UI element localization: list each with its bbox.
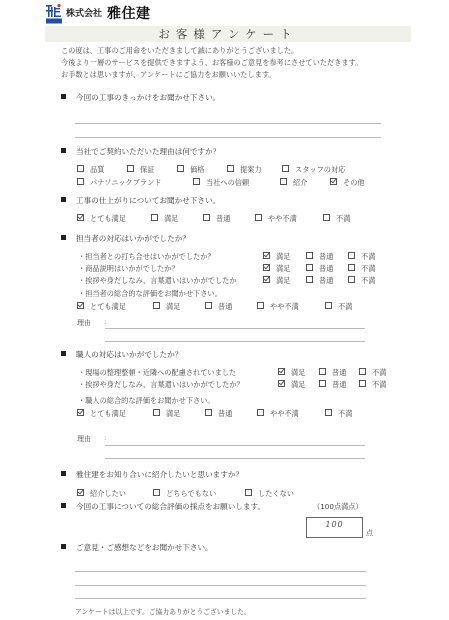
- q6-question: 雅住建をお知り合いに紹介したいと思いますか？: [76, 470, 243, 479]
- q3-option-very-satisfied[interactable]: とても満足: [77, 214, 126, 224]
- checkbox-icon[interactable]: [306, 264, 313, 271]
- q6-option-would-not[interactable]: したくない: [245, 489, 294, 499]
- q5-reason-line-1[interactable]: [105, 445, 365, 446]
- q4-reason-colon: :: [104, 318, 106, 326]
- square-bullet-icon: [61, 94, 66, 99]
- q5-sub-2-options: 満足 普通 不満: [278, 380, 418, 392]
- checkbox-icon[interactable]: [319, 368, 326, 375]
- q4-sub-3-neutral[interactable]: 普通: [306, 276, 333, 286]
- checkbox-checked-icon[interactable]: [278, 380, 285, 387]
- q5-sub-1-dissatisfied[interactable]: 不満: [359, 368, 386, 378]
- q7-heading: 今回の工事についての総合評価の採点をお願いします。: [61, 501, 265, 512]
- checkbox-icon[interactable]: [77, 165, 84, 172]
- page-title: お客様アンケート: [45, 26, 411, 42]
- checkbox-icon[interactable]: [127, 165, 134, 172]
- q4-overall-neutral[interactable]: 普通: [205, 302, 232, 312]
- q2-option-trust[interactable]: 当社への信頼: [193, 178, 249, 188]
- q5-sub-1-text: ・現場の整理整頓・近隣への配慮されていました: [78, 368, 278, 378]
- q8-answer-line-3[interactable]: [75, 598, 366, 599]
- checkbox-checked-icon[interactable]: [278, 368, 285, 375]
- q5-overall-prompt: ・職人の総合的な評価をお聞かせ下さい。: [78, 396, 215, 406]
- q4-sub-2-neutral[interactable]: 普通: [306, 264, 333, 274]
- q1-heading: 今回の工事のきっかけをお聞かせ下さい。: [61, 92, 220, 103]
- q5-sub-2-neutral[interactable]: 普通: [319, 380, 346, 390]
- q7-note: （100点満点）: [313, 502, 363, 512]
- q2-option-panasonic[interactable]: パナソニックブランド: [77, 178, 161, 188]
- score-value[interactable]: 100: [306, 520, 363, 529]
- checkbox-checked-icon[interactable]: [263, 276, 270, 283]
- checkbox-icon[interactable]: [348, 276, 355, 283]
- q5-reason-line-2[interactable]: [105, 458, 365, 459]
- q4-overall-options: とても満足 満足 普通 やや不満 不満: [77, 302, 407, 314]
- q8-answer-line-2[interactable]: [75, 585, 366, 586]
- q1-answer-line-2[interactable]: [75, 137, 381, 138]
- q1-answer-line-1[interactable]: [75, 123, 381, 124]
- q5-overall-very-satisfied[interactable]: とても満足: [77, 409, 126, 419]
- square-bullet-icon: [61, 351, 66, 356]
- q5-heading: 職人の対応はいかがでしたか？: [61, 349, 182, 360]
- q2-option-referral[interactable]: 紹介: [280, 178, 307, 188]
- q5-overall-dissatisfied[interactable]: 不満: [325, 409, 352, 419]
- q2-option-quality[interactable]: 品質: [77, 165, 104, 175]
- q5-overall-satisfied[interactable]: 満足: [153, 409, 180, 419]
- logo-mark-icon: [46, 4, 62, 24]
- q4-heading: 担当者の対応はいかがでしたか？: [61, 233, 190, 244]
- q2-options: 品質 保証 価格 提案力 スタッフの対応 パナソニックブランド 当社への信頼 紹…: [77, 165, 407, 189]
- q8-heading: ご意見・ご感想などをお聞かせ下さい。: [61, 542, 213, 553]
- company-prefix: 株式会社: [66, 6, 102, 19]
- checkbox-icon[interactable]: [280, 178, 287, 185]
- square-bullet-icon: [61, 503, 66, 508]
- q4-sub-1-neutral[interactable]: 普通: [306, 252, 333, 262]
- checkbox-icon[interactable]: [319, 380, 326, 387]
- square-bullet-icon: [61, 148, 66, 153]
- checkbox-checked-icon[interactable]: [77, 489, 84, 496]
- q3-heading: 工事の仕上がりについてお聞かせ下さい。: [61, 195, 220, 206]
- q1-question: 今回の工事のきっかけをお聞かせ下さい。: [76, 93, 220, 102]
- checkbox-icon[interactable]: [193, 178, 200, 185]
- q2-option-warranty[interactable]: 保証: [127, 165, 154, 175]
- checkbox-icon[interactable]: [153, 302, 160, 309]
- q4-sub-3-satisfied[interactable]: 満足: [263, 276, 290, 286]
- q2-option-proposal[interactable]: 提案力: [227, 165, 262, 175]
- q2-option-price[interactable]: 価格: [177, 165, 204, 175]
- checkbox-checked-icon[interactable]: [77, 302, 84, 309]
- checkbox-icon[interactable]: [325, 409, 332, 416]
- company-logo-mark: [46, 4, 62, 24]
- q2-heading: 当社でご契約いただいた理由は何ですか？: [61, 146, 220, 157]
- checkbox-checked-icon[interactable]: [263, 252, 270, 259]
- q5-sub-1-satisfied[interactable]: 満足: [278, 368, 305, 378]
- q5-reason-colon: :: [104, 434, 106, 442]
- q3-option-dissatisfied[interactable]: 不満: [323, 214, 350, 224]
- q4-sub-2-dissatisfied[interactable]: 不満: [348, 264, 375, 274]
- checkbox-icon[interactable]: [257, 409, 264, 416]
- square-bullet-icon: [61, 235, 66, 240]
- checkbox-icon[interactable]: [205, 302, 212, 309]
- checkbox-icon[interactable]: [227, 165, 234, 172]
- checkbox-checked-icon[interactable]: [77, 214, 84, 221]
- closing-message: アンケートは以上です。ご協力ありがとうございました。: [75, 606, 251, 616]
- q4-sub-1-text: ・担当者との打ち合せはいかがでしたか？: [78, 252, 215, 262]
- company-name: 雅住建: [107, 3, 151, 23]
- q6-option-would-refer[interactable]: 紹介したい: [77, 489, 126, 499]
- checkbox-icon[interactable]: [306, 276, 313, 283]
- q5-question: 職人の対応はいかがでしたか？: [76, 350, 182, 359]
- q5-overall-neutral[interactable]: 普通: [205, 409, 232, 419]
- q4-overall-dissatisfied[interactable]: 不満: [325, 302, 352, 312]
- q8-answer-line-1[interactable]: [75, 571, 366, 572]
- square-bullet-icon: [61, 471, 66, 476]
- q3-question: 工事の仕上がりについてお聞かせ下さい。: [76, 196, 220, 205]
- q4-overall-satisfied[interactable]: 満足: [153, 302, 180, 312]
- square-bullet-icon: [61, 544, 66, 549]
- q5-sub-1-neutral[interactable]: 普通: [319, 368, 346, 378]
- q4-sub-1-satisfied[interactable]: 満足: [263, 252, 290, 262]
- q4-sub-2-text: ・商品説明はいかがでしたか？: [78, 264, 179, 274]
- checkbox-checked-icon[interactable]: [263, 264, 270, 271]
- checkbox-icon[interactable]: [205, 409, 212, 416]
- q4-sub-3-options: 満足 普通 不満: [263, 276, 413, 288]
- checkbox-icon[interactable]: [77, 178, 84, 185]
- q4-overall-somewhat-dissatisfied[interactable]: やや不満: [257, 302, 299, 312]
- q4-reason-label: 理由: [77, 318, 91, 328]
- checkbox-checked-icon[interactable]: [330, 178, 337, 185]
- q3-options: とても満足 満足 普通 やや不満 不満: [77, 214, 407, 226]
- intro-line-2: 今後より一層のサービスを提供できますよう、お客様のご意見を参考にさせていただきま…: [61, 58, 362, 68]
- q4-sub-3-dissatisfied[interactable]: 不満: [348, 276, 375, 286]
- checkbox-icon[interactable]: [348, 252, 355, 259]
- checkbox-icon[interactable]: [359, 368, 366, 375]
- q6-option-neither[interactable]: どちらでもない: [153, 489, 216, 499]
- q3-option-somewhat-dissatisfied[interactable]: やや不満: [255, 214, 297, 224]
- q4-sub-1-options: 満足 普通 不満: [263, 252, 413, 264]
- checkbox-icon[interactable]: [348, 264, 355, 271]
- intro-line-3: お手数とは思いますが、アンケートにご協力をお願いいたします。: [61, 70, 276, 80]
- q4-sub-2-satisfied[interactable]: 満足: [263, 264, 290, 274]
- checkbox-icon[interactable]: [245, 489, 252, 496]
- checkbox-icon[interactable]: [306, 252, 313, 259]
- q4-sub-2-options: 満足 普通 不満: [263, 264, 413, 276]
- intro-line-1: この度は、工事のご用命をいただきまして誠にありがとうございました。: [61, 46, 298, 56]
- q5-overall-somewhat-dissatisfied[interactable]: やや不満: [257, 409, 299, 419]
- q5-sub-2-text: ・挨拶や身だしなみ、言葉遣いはいかがでしたか？: [78, 380, 244, 390]
- q6-options: 紹介したい どちらでもない したくない: [77, 489, 377, 501]
- q8-question: ご意見・ご感想などをお聞かせ下さい。: [76, 543, 213, 552]
- q5-reason-label: 理由: [77, 434, 91, 444]
- q7-question: 今回の工事についての総合評価の採点をお願いします。: [76, 502, 265, 511]
- checkbox-icon[interactable]: [203, 214, 210, 221]
- checkbox-icon[interactable]: [153, 489, 160, 496]
- checkbox-icon[interactable]: [255, 214, 262, 221]
- q5-sub-2-dissatisfied[interactable]: 不満: [359, 380, 386, 390]
- q4-sub-3-text: ・挨拶や身だしなみ、言葉遣いはいかがでしたか: [78, 276, 262, 286]
- checkbox-icon[interactable]: [325, 302, 332, 309]
- checkbox-icon[interactable]: [359, 380, 366, 387]
- q2-question: 当社でご契約いただいた理由は何ですか？: [76, 147, 220, 156]
- q3-option-neutral[interactable]: 普通: [203, 214, 230, 224]
- checkbox-icon[interactable]: [323, 214, 330, 221]
- q4-question: 担当者の対応はいかがでしたか？: [76, 234, 190, 243]
- q5-overall-options: とても満足 満足 普通 やや不満 不満: [77, 409, 407, 421]
- q3-option-satisfied[interactable]: 満足: [151, 214, 178, 224]
- checkbox-icon[interactable]: [151, 214, 158, 221]
- score-unit: 点: [366, 528, 373, 538]
- checkbox-checked-icon[interactable]: [77, 409, 84, 416]
- q5-sub-2-satisfied[interactable]: 満足: [278, 380, 305, 390]
- q4-overall-prompt: ・担当者の総合的な評価をお聞かせ下さい。: [78, 289, 222, 299]
- q4-reason-line-2[interactable]: [105, 341, 365, 342]
- checkbox-icon[interactable]: [153, 409, 160, 416]
- q2-option-staff[interactable]: スタッフの対応: [282, 165, 345, 175]
- q4-overall-very-satisfied[interactable]: とても満足: [77, 302, 126, 312]
- q5-sub-1-options: 満足 普通 不満: [278, 368, 418, 380]
- q4-reason-line-1[interactable]: [105, 328, 365, 329]
- checkbox-icon[interactable]: [257, 302, 264, 309]
- checkbox-icon[interactable]: [177, 165, 184, 172]
- q2-option-other[interactable]: その他: [330, 178, 365, 188]
- q6-heading: 雅住建をお知り合いに紹介したいと思いますか？: [61, 469, 243, 480]
- q4-sub-1-dissatisfied[interactable]: 不満: [348, 252, 375, 262]
- checkbox-icon[interactable]: [282, 165, 289, 172]
- square-bullet-icon: [61, 197, 66, 202]
